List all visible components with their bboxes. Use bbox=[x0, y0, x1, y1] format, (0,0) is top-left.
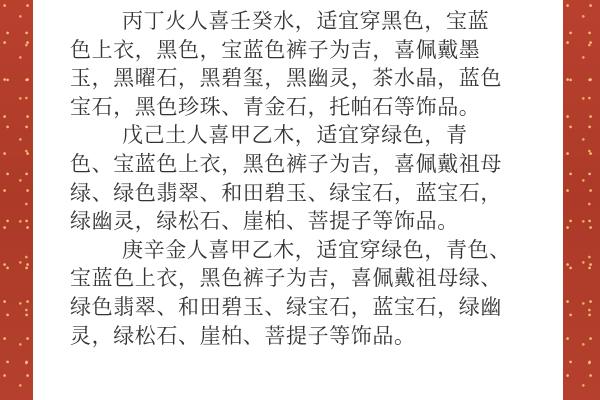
paragraph-bing-ding-fire: 丙丁火人喜壬癸水，适宜穿黑色，宝蓝 色上衣，黑色，宝蓝色裤子为吉，喜佩戴墨 玉，… bbox=[70, 7, 556, 121]
decorative-red-border-left bbox=[0, 0, 33, 400]
text-line: 戊己土人喜甲乙木，适宜穿绿色，青 bbox=[70, 121, 556, 150]
text-line: 色、宝蓝色上衣，黑色裤子为吉，喜佩戴祖母 bbox=[70, 150, 556, 179]
text-line: 宝石，黑色珍珠、青金石，托帕石等饰品。 bbox=[70, 93, 556, 122]
text-line: 玉，黑曜石，黑碧玺，黑幽灵，茶水晶，蓝色 bbox=[70, 64, 556, 93]
text-line: 灵，绿松石、崖柏、菩提子等饰品。 bbox=[70, 322, 556, 351]
paragraph-wu-ji-earth: 戊己土人喜甲乙木，适宜穿绿色，青 色、宝蓝色上衣，黑色裤子为吉，喜佩戴祖母 绿、… bbox=[70, 121, 556, 235]
text-line: 绿、绿色翡翠、和田碧玉、绿宝石，蓝宝石， bbox=[70, 179, 556, 208]
text-line: 绿色翡翠、和田碧玉、绿宝石，蓝宝石，绿幽 bbox=[70, 293, 556, 322]
text-line: 绿幽灵，绿松石、崖柏、菩提子等饰品。 bbox=[70, 207, 556, 236]
text-line: 丙丁火人喜壬癸水，适宜穿黑色，宝蓝 bbox=[70, 7, 556, 36]
page-frame: 丙丁火人喜壬癸水，适宜穿黑色，宝蓝 色上衣，黑色，宝蓝色裤子为吉，喜佩戴墨 玉，… bbox=[0, 0, 600, 400]
decorative-red-border-right bbox=[563, 0, 600, 400]
article-body: 丙丁火人喜壬癸水，适宜穿黑色，宝蓝 色上衣，黑色，宝蓝色裤子为吉，喜佩戴墨 玉，… bbox=[70, 7, 556, 350]
paragraph-geng-xin-metal: 庚辛金人喜甲乙木，适宜穿绿色，青色、 宝蓝色上衣，黑色裤子为吉，喜佩戴祖母绿、 … bbox=[70, 236, 556, 350]
text-line: 庚辛金人喜甲乙木，适宜穿绿色，青色、 bbox=[70, 236, 556, 265]
text-line: 宝蓝色上衣，黑色裤子为吉，喜佩戴祖母绿、 bbox=[70, 264, 556, 293]
text-line: 色上衣，黑色，宝蓝色裤子为吉，喜佩戴墨 bbox=[70, 36, 556, 65]
